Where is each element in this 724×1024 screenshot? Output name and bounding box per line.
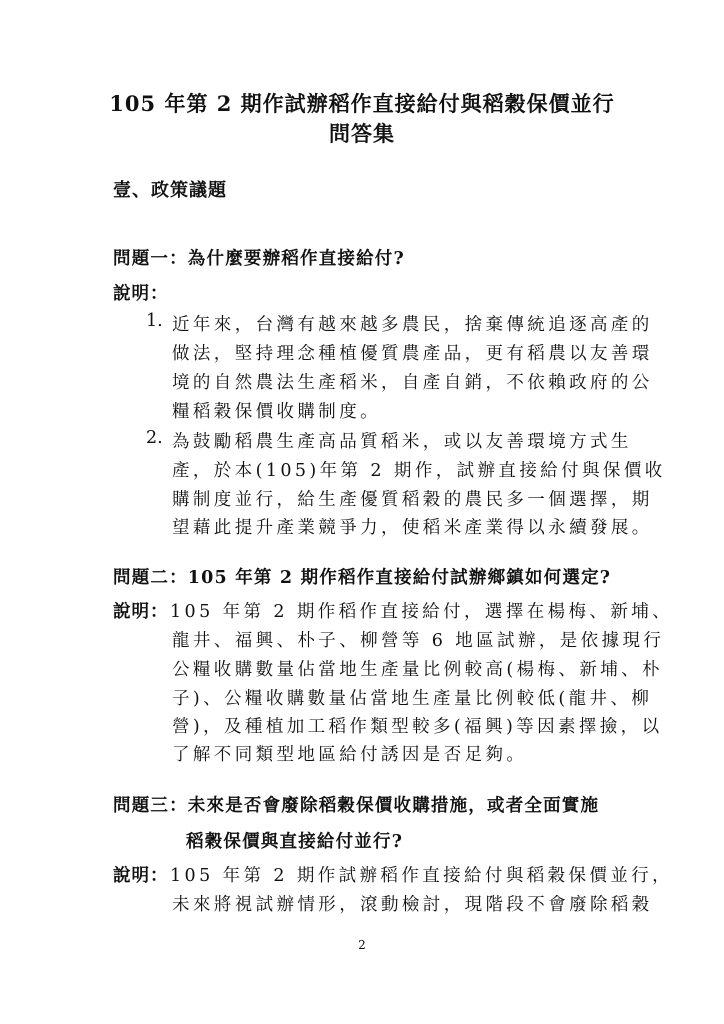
question-2-line: 子)、公糧收購數量佔當地生產量比例較低(龍井、柳 [172, 685, 652, 710]
question-3-line: 105 年第 2 期作試辦稻作直接給付與稻穀保價並行， [170, 862, 673, 887]
item-1-line: 糧稻穀保價收購制度。 [172, 398, 381, 423]
question-2-line: 105 年第 2 期作稻作直接給付，選擇在楊梅、新埔、 [170, 598, 673, 623]
item-1-line: 境的自然農法生產稻米，自產自銷，不依賴政府的公 [172, 369, 653, 394]
question-2-explain-label: 說明： [113, 598, 169, 623]
item-2-line: 購制度並行，給生產優質稻穀的農民多一個選擇，期 [172, 486, 653, 511]
question-3-line: 未來將視試辦情形，滾動檢討，現階段不會廢除稻穀 [172, 891, 653, 916]
item-2-number: 2. [146, 428, 163, 448]
document-title-line-2: 問答集 [0, 118, 724, 148]
document-title-line-1: 105 年第 2 期作試辦稻作直接給付與稻穀保價並行 [0, 88, 724, 118]
question-2-heading: 問題二：105 年第 2 期作稻作直接給付試辦鄉鎮如何選定? [113, 564, 611, 589]
item-2-line: 產，於本(105)年第 2 期作，試辦直接給付與保價收 [172, 457, 666, 482]
item-1-line: 做法，堅持理念種植優質農產品，更有稻農以友善環 [172, 340, 653, 365]
item-1-number: 1. [146, 311, 163, 331]
page-number: 2 [0, 938, 724, 952]
item-2-line: 望藉此提升產業競爭力，使稻米產業得以永續發展。 [172, 514, 653, 539]
question-2-line: 公糧收購數量佔當地生產量比例較高(楊梅、新埔、朴 [172, 656, 663, 681]
question-1-heading: 問題一：為什麼要辦稻作直接給付? [113, 245, 405, 270]
question-1-explain-label: 說明： [113, 280, 169, 305]
question-2-line: 龍井、福興、朴子、柳營等 6 地區試辦，是依據現行 [172, 627, 664, 652]
question-3-heading-line-2: 稻穀保價與直接給付並行? [186, 828, 403, 853]
item-2-line: 為鼓勵稻農生產高品質稻米，或以友善環境方式生 [172, 428, 632, 453]
item-1-line: 近年來，台灣有越來越多農民，捨棄傳統追逐高產的 [172, 311, 653, 336]
question-2-line: 營)，及種植加工稻作類型較多(福興)等因素擇撿，以 [172, 713, 662, 738]
section-heading: 壹、政策議題 [113, 176, 227, 202]
question-3-explain-label: 說明： [113, 862, 169, 887]
question-2-line: 了解不同類型地區給付誘因是否足夠。 [172, 741, 527, 766]
question-3-heading-line-1: 問題三：未來是否會廢除稻穀保價收購措施，或者全面實施 [113, 792, 599, 817]
